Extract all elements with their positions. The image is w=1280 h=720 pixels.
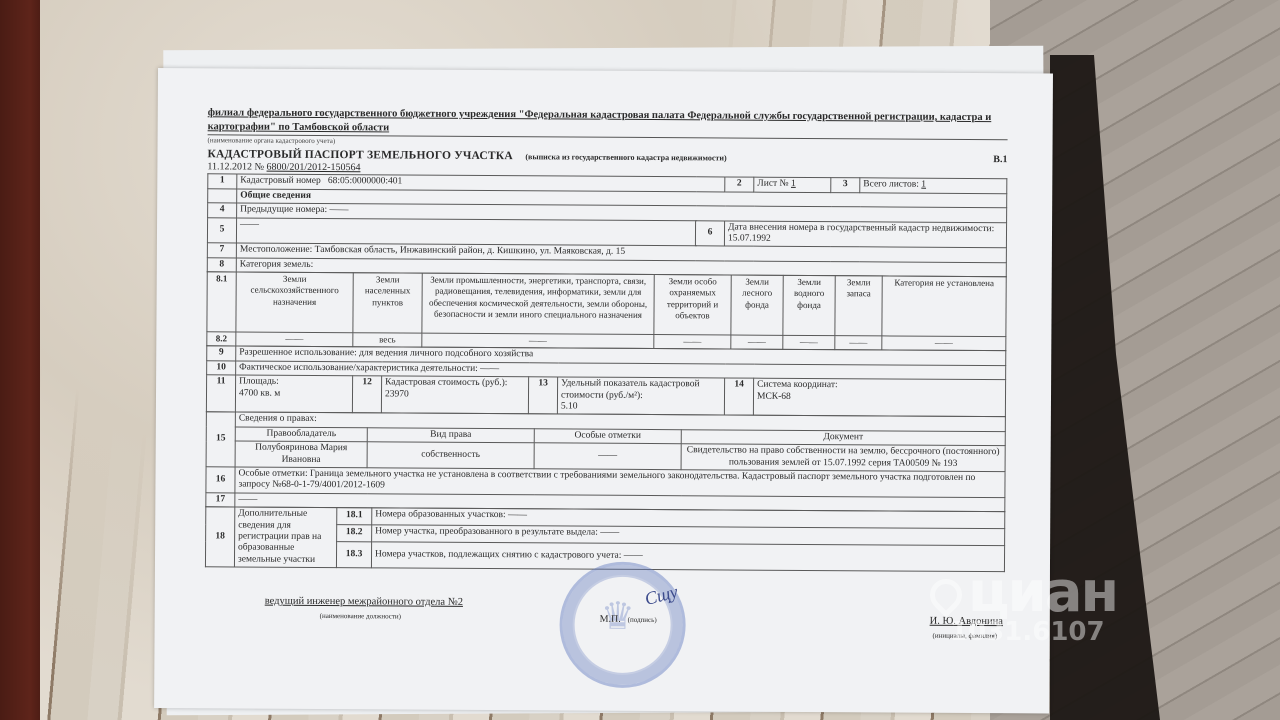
- category-value: ——: [654, 335, 731, 350]
- passport-table-lower: 9 Разрешенное использование: для ведения…: [206, 346, 1006, 418]
- category-label: Земли сельскохозяйственного назначения: [236, 272, 353, 333]
- category-value: ——: [882, 336, 1006, 351]
- document-number: 6800/201/2012-150564: [267, 162, 361, 174]
- document-body: филиал федерального государственного бюд…: [204, 106, 1007, 672]
- sheet-number-cell: Лист № 1: [754, 178, 831, 193]
- rights-table: 15 Сведения о правах: Правообладатель Ви…: [205, 412, 1006, 513]
- coordinate-system: МСК-68: [757, 391, 1002, 404]
- row-5-value: ——: [236, 218, 695, 247]
- row-8-1: 8.1 Земли сельскохозяйственного назначен…: [207, 272, 1006, 337]
- cadastral-value: 23970: [385, 389, 525, 401]
- special-marks: ——: [534, 443, 681, 470]
- category-label: Земли лесного фонда: [731, 275, 783, 335]
- category-label: Категория не установлена: [882, 276, 1006, 337]
- seal-label: М.П.: [600, 614, 621, 626]
- signer-position: ведущий инженер межрайонного отдела №2: [265, 596, 463, 610]
- category-label: Земли промышленности, энергетики, трансп…: [422, 273, 654, 334]
- category-value: весь: [353, 333, 422, 348]
- rights-header: Вид права: [367, 428, 534, 443]
- area-cell: Площадь: 4700 кв. м: [235, 375, 352, 413]
- watermark-number: 1031.6107: [950, 617, 1117, 647]
- form-code: В.1: [993, 154, 1007, 166]
- additional-info-table: 18 Дополнительные сведения для регистрац…: [205, 506, 1005, 572]
- document-subtitle: (выписка из государственного кадастра не…: [525, 152, 726, 162]
- total-sheets-cell: Всего листов: 1: [860, 178, 1007, 193]
- cadastral-number: 68:05:0000000:401: [328, 177, 402, 187]
- removed-plots: Номера участков, подлежащих снятию с кад…: [371, 542, 1004, 572]
- cadastral-passport-sheet: филиал федерального государственного бюд…: [154, 68, 1053, 713]
- coordinate-system-cell: Система координат: МСК-68: [753, 378, 1005, 417]
- row-11-14: 11 Площадь: 4700 кв. м 12 Кадастровая ст…: [206, 375, 1005, 417]
- category-label: Земли населенных пунктов: [353, 273, 422, 333]
- category-value: ——: [783, 336, 835, 351]
- rights-header: Правообладатель: [235, 427, 367, 442]
- land-category-table: 8.1 Земли сельскохозяйственного назначен…: [206, 272, 1006, 352]
- organization-name: филиал федерального государственного бюд…: [208, 106, 1008, 140]
- specific-value: 5.10: [561, 401, 721, 413]
- category-value: ——: [835, 336, 882, 351]
- document-title: КАДАСТРОВЫЙ ПАСПОРТ ЗЕМЕЛЬНОГО УЧАСТКА: [207, 148, 512, 162]
- official-seal: ♛: [559, 562, 686, 689]
- right-type: собственность: [367, 442, 534, 469]
- category-label: Земли особо охраняемых территорий и объе…: [654, 275, 731, 335]
- signature-block: ♛ ведущий инженер межрайонного отдела №2…: [204, 577, 1005, 672]
- location-pin-icon: [923, 572, 968, 617]
- rights-header: Особые отметки: [534, 429, 681, 444]
- area-value: 4700 кв. м: [239, 388, 349, 400]
- rights-document: Свидетельство на право собственности на …: [681, 444, 1005, 472]
- category-value: ——: [731, 335, 783, 350]
- cadastral-value-cell: Кадастровая стоимость (руб.): 23970: [381, 376, 528, 414]
- category-label: Земли водного фонда: [783, 276, 835, 336]
- right-holder: Полубояринова Мария Ивановна: [235, 441, 367, 468]
- specific-value-cell: Удельный показатель кадастровой стоимост…: [557, 377, 724, 415]
- cian-watermark: циан 1031.6107: [930, 560, 1117, 647]
- passport-table: 1 Кадастровый номер 68:05:0000000:401 2 …: [207, 174, 1008, 278]
- additional-info-label: Дополнительные сведения для регистрации …: [234, 507, 336, 568]
- category-label: Земли запаса: [835, 276, 882, 336]
- registration-date: Дата внесения номера в государственный к…: [724, 221, 1006, 249]
- category-value: ——: [236, 332, 353, 347]
